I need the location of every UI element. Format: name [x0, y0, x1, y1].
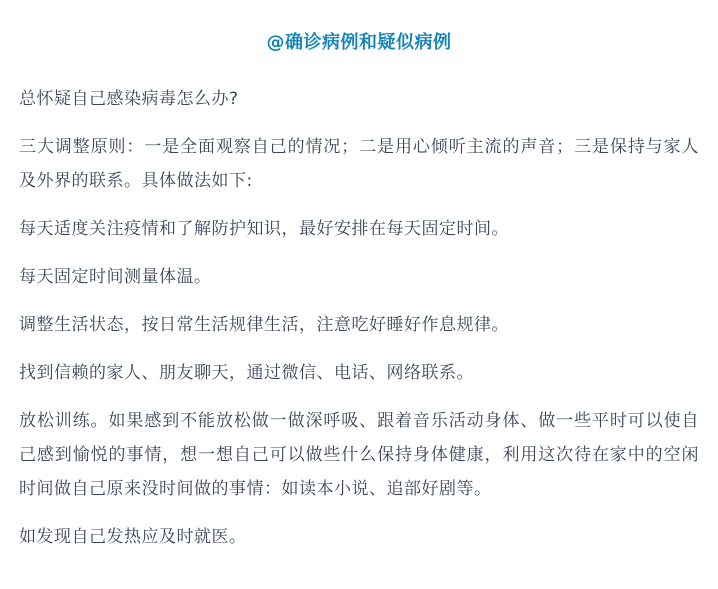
paragraph-lifestyle: 调整生活状态，按日常生活规律生活，注意吃好睡好作息规律。 [19, 308, 699, 342]
article-title: @确诊病例和疑似病例 [19, 30, 699, 56]
paragraph-contact: 找到信赖的家人、朋友聊天，通过微信、电话、网络联系。 [19, 356, 699, 390]
paragraph-relaxation: 放松训练。如果感到不能放松做一做深呼吸、跟着音乐活动身体、做一些平时可以使自己感… [19, 404, 699, 506]
paragraph-daily-info: 每天适度关注疫情和了解防护知识，最好安排在每天固定时间。 [19, 212, 699, 246]
paragraph-principles: 三大调整原则：一是全面观察自己的情况；二是用心倾听主流的声音；三是保持与家人及外… [19, 130, 699, 198]
paragraph-temperature: 每天固定时间测量体温。 [19, 260, 699, 294]
paragraph-fever: 如发现自己发热应及时就医。 [19, 520, 699, 554]
article-page: @确诊病例和疑似病例 总怀疑自己感染病毒怎么办? 三大调整原则：一是全面观察自己… [0, 0, 718, 589]
paragraph-question: 总怀疑自己感染病毒怎么办? [19, 82, 699, 116]
